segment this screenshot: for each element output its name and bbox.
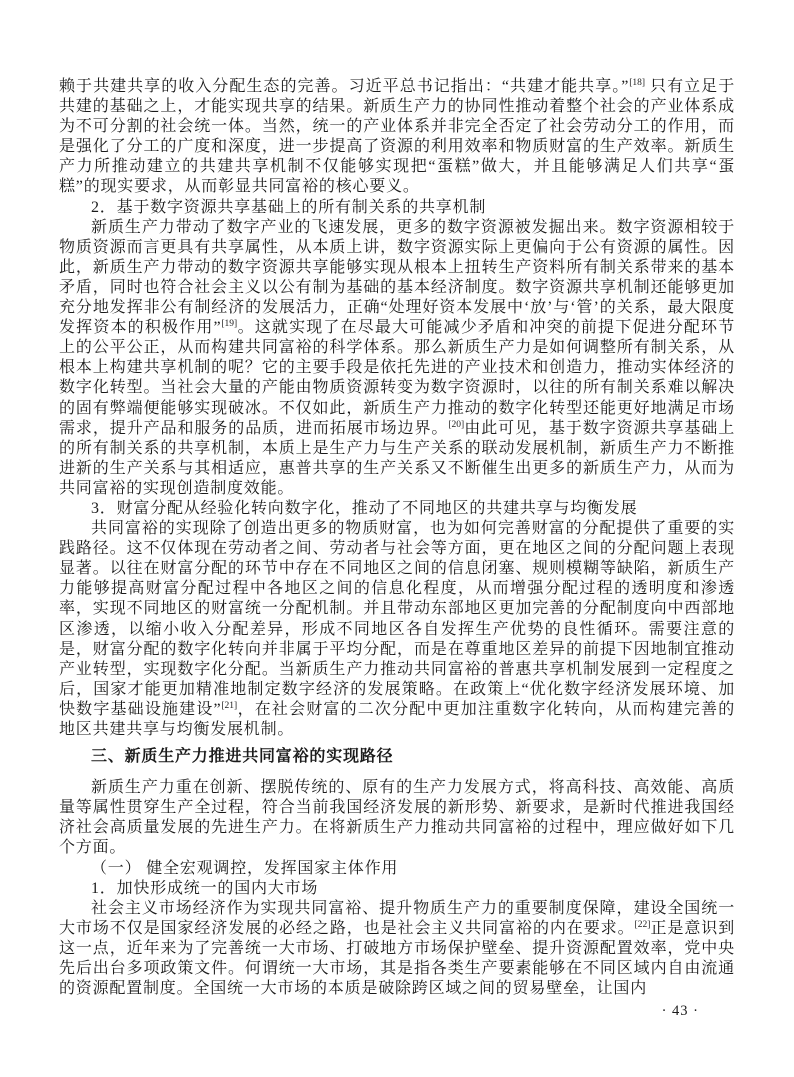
subsection-heading-paren-1: （一） 健全宏观调控，发挥国家主体作用	[59, 859, 735, 879]
document-page: 赖于共建共享的收入分配生态的完善。习近平总书记指出：“共建才能共享。”[18] …	[0, 0, 794, 1077]
subsection-heading-3: 3．财富分配从经验化转向数字化，推动了不同地区的共建共享与均衡发展	[59, 499, 735, 519]
citation-marker: [18]	[629, 78, 645, 88]
citation-marker: [20]	[448, 420, 464, 430]
paragraph: 社会主义市场经济作为实现共同富裕、提升物质生产力的重要制度保障，建设全国统一大市…	[59, 899, 735, 999]
paragraph: 新质生产力带动了数字产业的飞速发展，更多的数字资源被发掘出来。数字资源相较于物质…	[59, 218, 735, 499]
paragraph-continued: 赖于共建共享的收入分配生态的完善。习近平总书记指出：“共建才能共享。”[18] …	[59, 77, 735, 198]
citation-marker: [22]	[635, 920, 651, 930]
subsection-heading-1: 1．加快形成统一的国内大市场	[59, 879, 735, 899]
section-heading-3: 三、新质生产力推进共同富裕的实现路径	[59, 747, 735, 767]
citation-marker: [21]	[221, 701, 237, 711]
paragraph: 新质生产力重在创新、摆脱传统的、原有的生产力发展方式，将高科技、高效能、高质量等…	[59, 778, 735, 858]
text-block: 赖于共建共享的收入分配生态的完善。习近平总书记指出：“共建才能共享。”[18] …	[59, 77, 735, 999]
paragraph: 共同富裕的实现除了创造出更多的物质财富，也为如何完善财富的分配提供了重要的实践路…	[59, 519, 735, 740]
citation-marker: [19]	[221, 319, 237, 329]
page-number: · 43 ·	[59, 1003, 735, 1020]
subsection-heading-2: 2．基于数字资源共享基础上的所有制关系的共享机制	[59, 198, 735, 218]
